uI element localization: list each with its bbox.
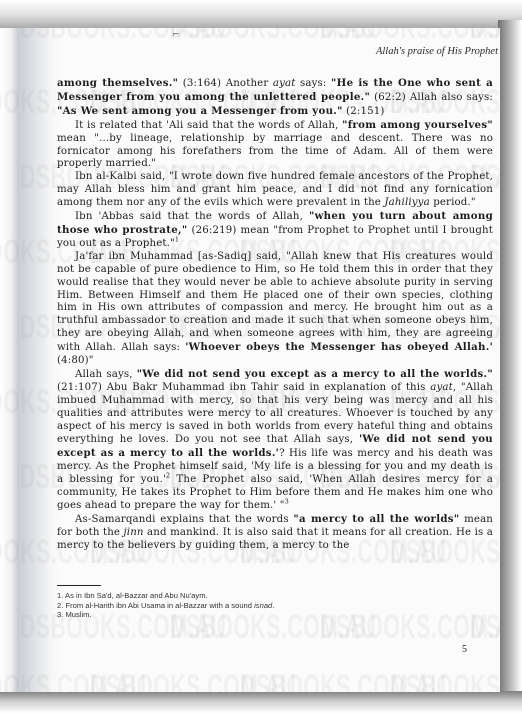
quran-quote: among themselves." bbox=[57, 77, 178, 89]
footnote: 2. From al-Harith ibn Abi Usama in al-Ba… bbox=[57, 601, 477, 611]
text-run: 1. As in Ibn Sa'd, al-Bazzar and Abu Nu'… bbox=[57, 591, 208, 600]
paragraph: among themselves." (3:164) Another ayat … bbox=[57, 77, 493, 119]
text-run: Ibn 'Abbas said that the words of Allah, bbox=[75, 211, 309, 222]
text-run: says: bbox=[296, 78, 332, 89]
page-number: 5 bbox=[462, 644, 467, 655]
quran-quote: "from among yourselves" bbox=[342, 119, 493, 131]
watermark-text: DSBOOKS.COM.AU bbox=[240, 668, 447, 692]
paragraph: As-Samarqandi explains that the words "a… bbox=[57, 513, 493, 553]
text-run: Allah says, bbox=[75, 369, 137, 380]
text-run: Ja'far ibn Muhammad [as-Sadiq] said, "Al… bbox=[57, 251, 493, 353]
paragraph: It is related that 'Ali said that the wo… bbox=[57, 119, 493, 172]
italic-term: Jahiliyya bbox=[384, 197, 429, 208]
footnote-ref: 1 bbox=[175, 235, 179, 243]
text-run: (62:2) Allah also says: bbox=[370, 92, 493, 103]
text-run: It is related that 'Ali said that the wo… bbox=[75, 120, 342, 131]
italic-term: ayat bbox=[430, 382, 453, 393]
footnote-ref: 3 bbox=[285, 498, 289, 506]
footnote: 1. As in Ibn Sa'd, al-Bazzar and Abu Nu'… bbox=[57, 591, 477, 601]
watermark-text: DSBOOKS.COM.AU bbox=[390, 668, 500, 692]
text-run: As-Samarqandi explains that the words bbox=[75, 514, 293, 525]
watermark-text: DSBOOKS.COM.AU bbox=[320, 28, 500, 47]
watermark-text: DSBOOKS.COM.AU bbox=[170, 28, 377, 47]
text-run: (4:80)" bbox=[57, 355, 94, 366]
scan-shadow-bottom bbox=[0, 691, 522, 713]
quran-quote: 'Whoever obeys the Messenger has obeyed … bbox=[185, 341, 493, 353]
scan-shadow-right bbox=[498, 20, 522, 713]
body-text: among themselves." (3:164) Another ayat … bbox=[57, 77, 493, 553]
text-run: 3. Muslim. bbox=[57, 610, 92, 619]
text-run: (3:164) Another bbox=[178, 78, 273, 89]
text-run: (2:151) bbox=[343, 106, 385, 117]
stray-mark: ⌐ bbox=[172, 30, 180, 40]
watermark-text: DSBOOKS.COM.AU bbox=[470, 28, 500, 47]
paragraph: Ibn 'Abbas said that the words of Allah,… bbox=[57, 210, 493, 251]
text-run: (21:107) Abu Bakr Muhammad ibn Tahir sai… bbox=[57, 382, 430, 393]
book-spine-shadow bbox=[0, 28, 60, 692]
footnote-divider bbox=[57, 585, 101, 586]
italic-term: ayat bbox=[273, 78, 296, 89]
text-run: . bbox=[272, 601, 274, 610]
paragraph: Ibn al-Kalbi said, "I wrote down five hu… bbox=[57, 171, 493, 210]
italic-term: jinn bbox=[124, 527, 144, 538]
footnotes: 1. As in Ibn Sa'd, al-Bazzar and Abu Nu'… bbox=[57, 591, 477, 620]
text-run: mean "...by lineage, relationship by mar… bbox=[57, 133, 493, 170]
quran-quote: "We did not send you except as a mercy t… bbox=[137, 368, 493, 380]
italic-term: isnad bbox=[254, 601, 272, 610]
text-run: period." bbox=[430, 197, 476, 208]
text-run: 2. From al-Harith ibn Abi Usama in al-Ba… bbox=[57, 601, 254, 610]
quran-quote: "a mercy to all the worlds" bbox=[293, 513, 459, 525]
footnote: 3. Muslim. bbox=[57, 610, 477, 620]
running-header: Allah's praise of His Prophet bbox=[376, 46, 498, 57]
paragraph: Allah says, "We did not send you except … bbox=[57, 368, 493, 513]
quran-quote: "As We sent among you a Messenger from y… bbox=[57, 105, 343, 117]
watermark-text: DSBOOKS.COM.AU bbox=[90, 668, 297, 692]
paragraph: Ja'far ibn Muhammad [as-Sadiq] said, "Al… bbox=[57, 251, 493, 368]
